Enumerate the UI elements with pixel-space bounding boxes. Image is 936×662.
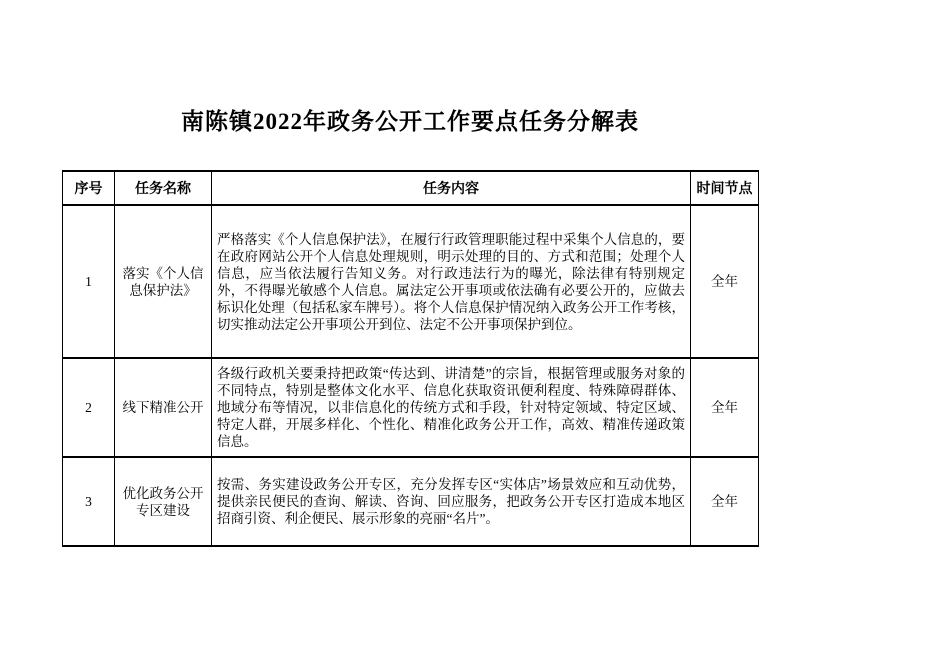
cell-task-name: 线下精准公开 bbox=[115, 358, 212, 457]
task-breakdown-table: 序号 任务名称 任务内容 时间节点 1 落实《个人信息保护法》 严格落实《个人信… bbox=[62, 170, 759, 547]
cell-serial-number: 2 bbox=[63, 358, 115, 457]
cell-time-node: 全年 bbox=[691, 358, 759, 457]
cell-time-node: 全年 bbox=[691, 457, 759, 546]
col-header-task-content: 任务内容 bbox=[212, 171, 691, 205]
col-header-task-name: 任务名称 bbox=[115, 171, 212, 205]
cell-serial-number: 3 bbox=[63, 457, 115, 546]
col-header-time-node: 时间节点 bbox=[691, 171, 759, 205]
cell-serial-number: 1 bbox=[63, 205, 115, 358]
page-title: 南陈镇2022年政务公开工作要点任务分解表 bbox=[62, 106, 758, 138]
cell-task-name: 优化政务公开专区建设 bbox=[115, 457, 212, 546]
cell-task-content: 按需、务实建设政务公开专区，充分发挥专区“实体店”场景效应和互动优势，提供亲民便… bbox=[212, 457, 691, 546]
table-header-row: 序号 任务名称 任务内容 时间节点 bbox=[63, 171, 759, 205]
document-page: 南陈镇2022年政务公开工作要点任务分解表 序号 任务名称 任务内容 时间节点 … bbox=[0, 0, 936, 662]
cell-time-node: 全年 bbox=[691, 205, 759, 358]
table-row: 2 线下精准公开 各级行政机关要秉持把政策“传达到、讲清楚”的宗旨，根据管理或服… bbox=[63, 358, 759, 457]
table-row: 3 优化政务公开专区建设 按需、务实建设政务公开专区，充分发挥专区“实体店”场景… bbox=[63, 457, 759, 546]
cell-task-content: 各级行政机关要秉持把政策“传达到、讲清楚”的宗旨，根据管理或服务对象的不同特点，… bbox=[212, 358, 691, 457]
col-header-serial-number: 序号 bbox=[63, 171, 115, 205]
table-row: 1 落实《个人信息保护法》 严格落实《个人信息保护法》，在履行行政管理职能过程中… bbox=[63, 205, 759, 358]
cell-task-content: 严格落实《个人信息保护法》，在履行行政管理职能过程中采集个人信息的，要在政府网站… bbox=[212, 205, 691, 358]
cell-task-name: 落实《个人信息保护法》 bbox=[115, 205, 212, 358]
